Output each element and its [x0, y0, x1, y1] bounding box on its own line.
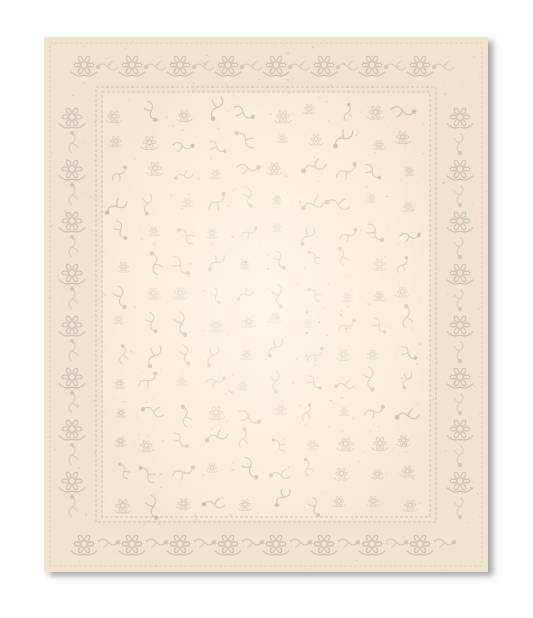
- rug: [44, 37, 488, 572]
- rug-field: [102, 92, 430, 520]
- rug-pattern: [44, 37, 488, 572]
